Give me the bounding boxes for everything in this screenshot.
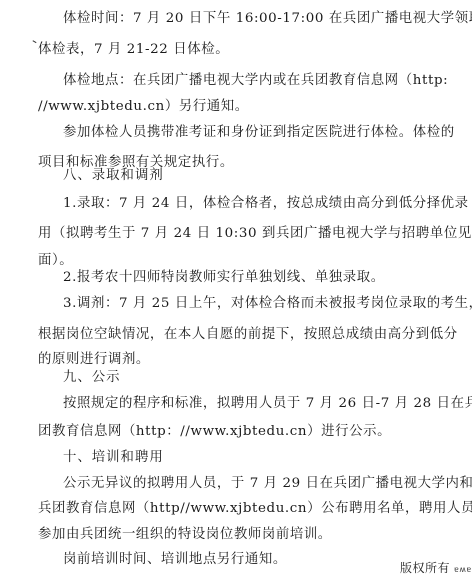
text-line-admission-2: 用（拟聘考生于 7 月 24 日 10:30 到兵团广播电视大学与招聘单位见 xyxy=(38,226,472,242)
text-line-admission-3: 面）。 xyxy=(38,253,73,269)
text-line-hire-2: 兵团教育信息网（http//www.xjbtedu.cn）公布聘用名单，聘用人员 xyxy=(38,501,472,517)
text-line-publicity-2: 团教育信息网（http：//www.xjbtedu.cn）进行公示。 xyxy=(38,424,391,440)
text-line-5: 参加体检人员携带准考证和身份证到指定医院进行体检。体检的 xyxy=(63,125,455,141)
text-line-hire-1: 公示无异议的拟聘用人员，于 7 月 29 日在兵团广播电视大学内和 xyxy=(63,476,472,492)
text-line-adjust-2: 根据岗位空缺情况，在本人自愿的前提下，按照总成绩由高分到低分 xyxy=(38,327,458,343)
watermark-mark: ɐʍɐ xyxy=(454,565,472,574)
text-line-adjust-1: 3.调剂：7 月 25 日上午，对体检合格而未被报考岗位录取的考生， xyxy=(63,296,472,312)
document-page: 体检时间：7 月 20 日下午 16:00-17:00 在兵团广播电视大学领取 … xyxy=(0,0,472,584)
text-line-hire-3: 参加由兵团统一组织的特设岗位教师岗前培训。 xyxy=(38,527,332,543)
text-line-3: 体检地点：在兵团广播电视大学内或在兵团教育信息网（http: xyxy=(63,73,448,89)
section-heading-9: 九、公示 xyxy=(63,370,121,386)
text-line-publicity-1: 按照规定的程序和标准，拟聘用人员于 7 月 26 日-7 月 28 日在兵 xyxy=(63,396,472,412)
text-line-2: 体检表，7 月 21-22 日体检。 xyxy=(38,42,229,58)
text-line-4: //www.xjbtedu.cn）另行通知。 xyxy=(38,99,249,115)
watermark-text: 版权所有 xyxy=(400,561,450,575)
copyright-watermark: 版权所有ɐʍɐ xyxy=(400,561,472,577)
text-line-1: 体检时间：7 月 20 日下午 16:00-17:00 在兵团广播电视大学领取 xyxy=(63,11,472,27)
section-heading-10: 十、培训和聘用 xyxy=(63,450,164,466)
text-line-training: 岗前培训时间、培训地点另行通知。 xyxy=(63,552,287,568)
text-line-admission-1: 1.录取：7 月 24 日，体检合格者，按总成绩由高分到低分择优录 xyxy=(63,196,469,212)
text-line-adjust-3: 的原则进行调剂。 xyxy=(38,352,150,368)
text-line-separate-line: 2.报考农十四师特岗教师实行单独划线、单独录取。 xyxy=(63,270,385,286)
section-heading-8: 八、录取和调剂 xyxy=(63,168,164,184)
stray-mark xyxy=(32,40,37,45)
